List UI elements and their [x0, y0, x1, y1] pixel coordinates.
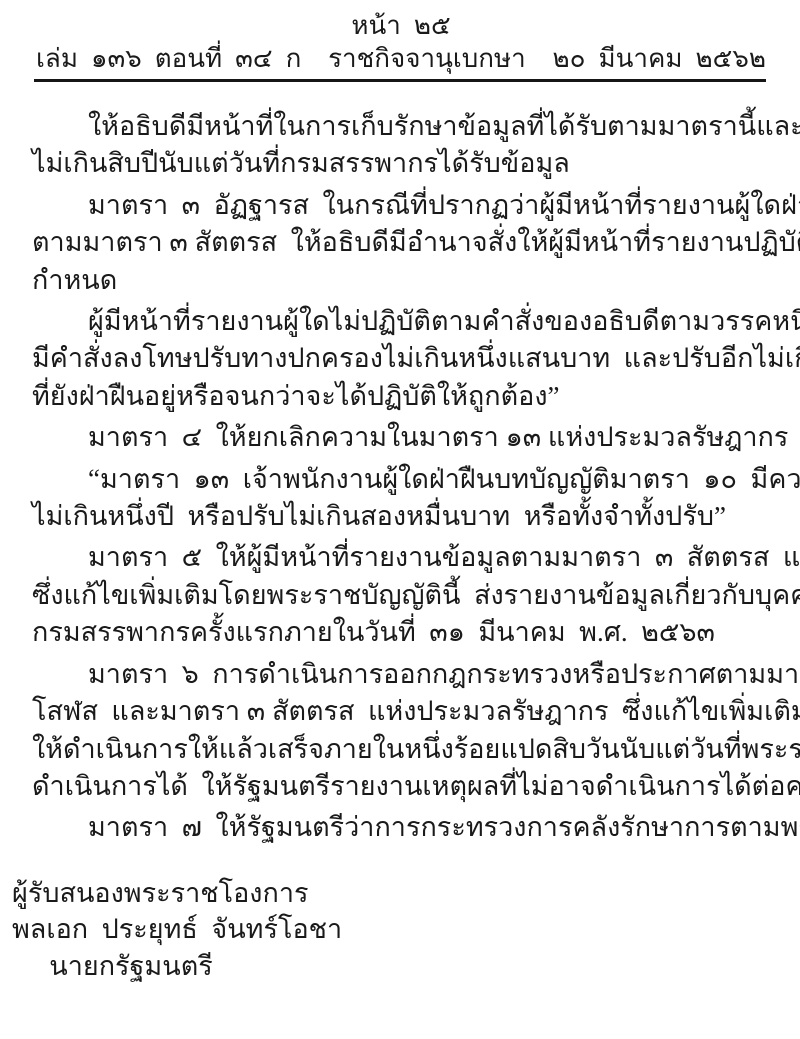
body-line: ที่ยังฝ่าฝืนอยู่หรือจนกว่าจะได้ปฏิบัติให… [32, 378, 770, 415]
signer-title: นายกรัฐมนตรี [12, 948, 250, 985]
body-line-section-13-quote: “มาตรา ๑๓ เจ้าพนักงานผู้ใดฝ่าฝืนบทบัญญัต… [32, 461, 770, 498]
countersign-label: ผู้รับสนองพระราชโองการ [12, 875, 250, 912]
body-line: ดำเนินการได้ ให้รัฐมนตรีรายงานเหตุผลที่ไ… [32, 768, 770, 805]
body-line-section-6: มาตรา ๖ การดำเนินการออกกฎกระทรวงหรือประก… [32, 656, 770, 693]
body-line: ไม่เกินหนึ่งปี หรือปรับไม่เกินสองหมื่นบา… [32, 498, 770, 535]
gazette-page: หน้า ๒๕ เล่ม ๑๓๖ ตอนที่ ๓๔ ก ราชกิจจานุเ… [0, 0, 800, 1039]
header-row: เล่ม ๑๓๖ ตอนที่ ๓๔ ก ราชกิจจานุเบกษา ๒๐ … [36, 43, 766, 75]
countersignature-block: ผู้รับสนองพระราชโองการ พลเอก ประยุทธ์ จั… [12, 875, 250, 985]
issue-date: ๒๐ มีนาคม ๒๕๖๒ [552, 43, 766, 75]
body-line: ผู้มีหน้าที่รายงานผู้ใดไม่ปฏิบัติตามคำสั… [32, 303, 770, 340]
gazette-header: หน้า ๒๕ เล่ม ๑๓๖ ตอนที่ ๓๔ ก ราชกิจจานุเ… [0, 0, 800, 75]
gazette-title: ราชกิจจานุเบกษา [328, 43, 526, 75]
body-line: มีคำสั่งลงโทษปรับทางปกครองไม่เกินหนึ่งแส… [32, 340, 770, 377]
body-line: ตามมาตรา ๓ สัตตรส ให้อธิบดีมีอำนาจสั่งให… [32, 224, 770, 261]
body-line-section-7: มาตรา ๗ ให้รัฐมนตรีว่าการกระทรวงการคลังร… [32, 809, 770, 846]
body-line-section-3-attharot: มาตรา ๓ อัฏฐารส ในกรณีที่ปรากฏว่าผู้มีหน… [32, 187, 770, 224]
body-line: กรมสรรพากรครั้งแรกภายในวันที่ ๓๑ มีนาคม … [32, 614, 770, 651]
signer-name: พลเอก ประยุทธ์ จันทร์โอชา [12, 911, 250, 948]
body-line: กำหนด [32, 262, 770, 299]
page-number: หน้า ๒๕ [36, 10, 766, 42]
act-body-text: ให้อธิบดีมีหน้าที่ในการเก็บรักษาข้อมูลที… [0, 108, 800, 847]
volume-part-label: เล่ม ๑๓๖ ตอนที่ ๓๔ ก [36, 43, 301, 75]
body-line: โสฬส และมาตรา ๓ สัตตรส แห่งประมวลรัษฎากร… [32, 693, 770, 730]
body-line: ซึ่งแก้ไขเพิ่มเติมโดยพระราชบัญญัตินี้ ส่… [32, 577, 770, 614]
body-line: ให้อธิบดีมีหน้าที่ในการเก็บรักษาข้อมูลที… [32, 108, 770, 145]
body-line-section-4: มาตรา ๔ ให้ยกเลิกความในมาตรา ๑๓ แห่งประม… [32, 419, 770, 456]
body-line: ไม่เกินสิบปีนับแต่วันที่กรมสรรพากรได้รับ… [32, 145, 770, 182]
body-line: ให้ดำเนินการให้แล้วเสร็จภายในหนึ่งร้อยแป… [32, 731, 770, 768]
body-line-section-5: มาตรา ๕ ให้ผู้มีหน้าที่รายงานข้อมูลตามมา… [32, 539, 770, 576]
header-rule [34, 79, 766, 82]
